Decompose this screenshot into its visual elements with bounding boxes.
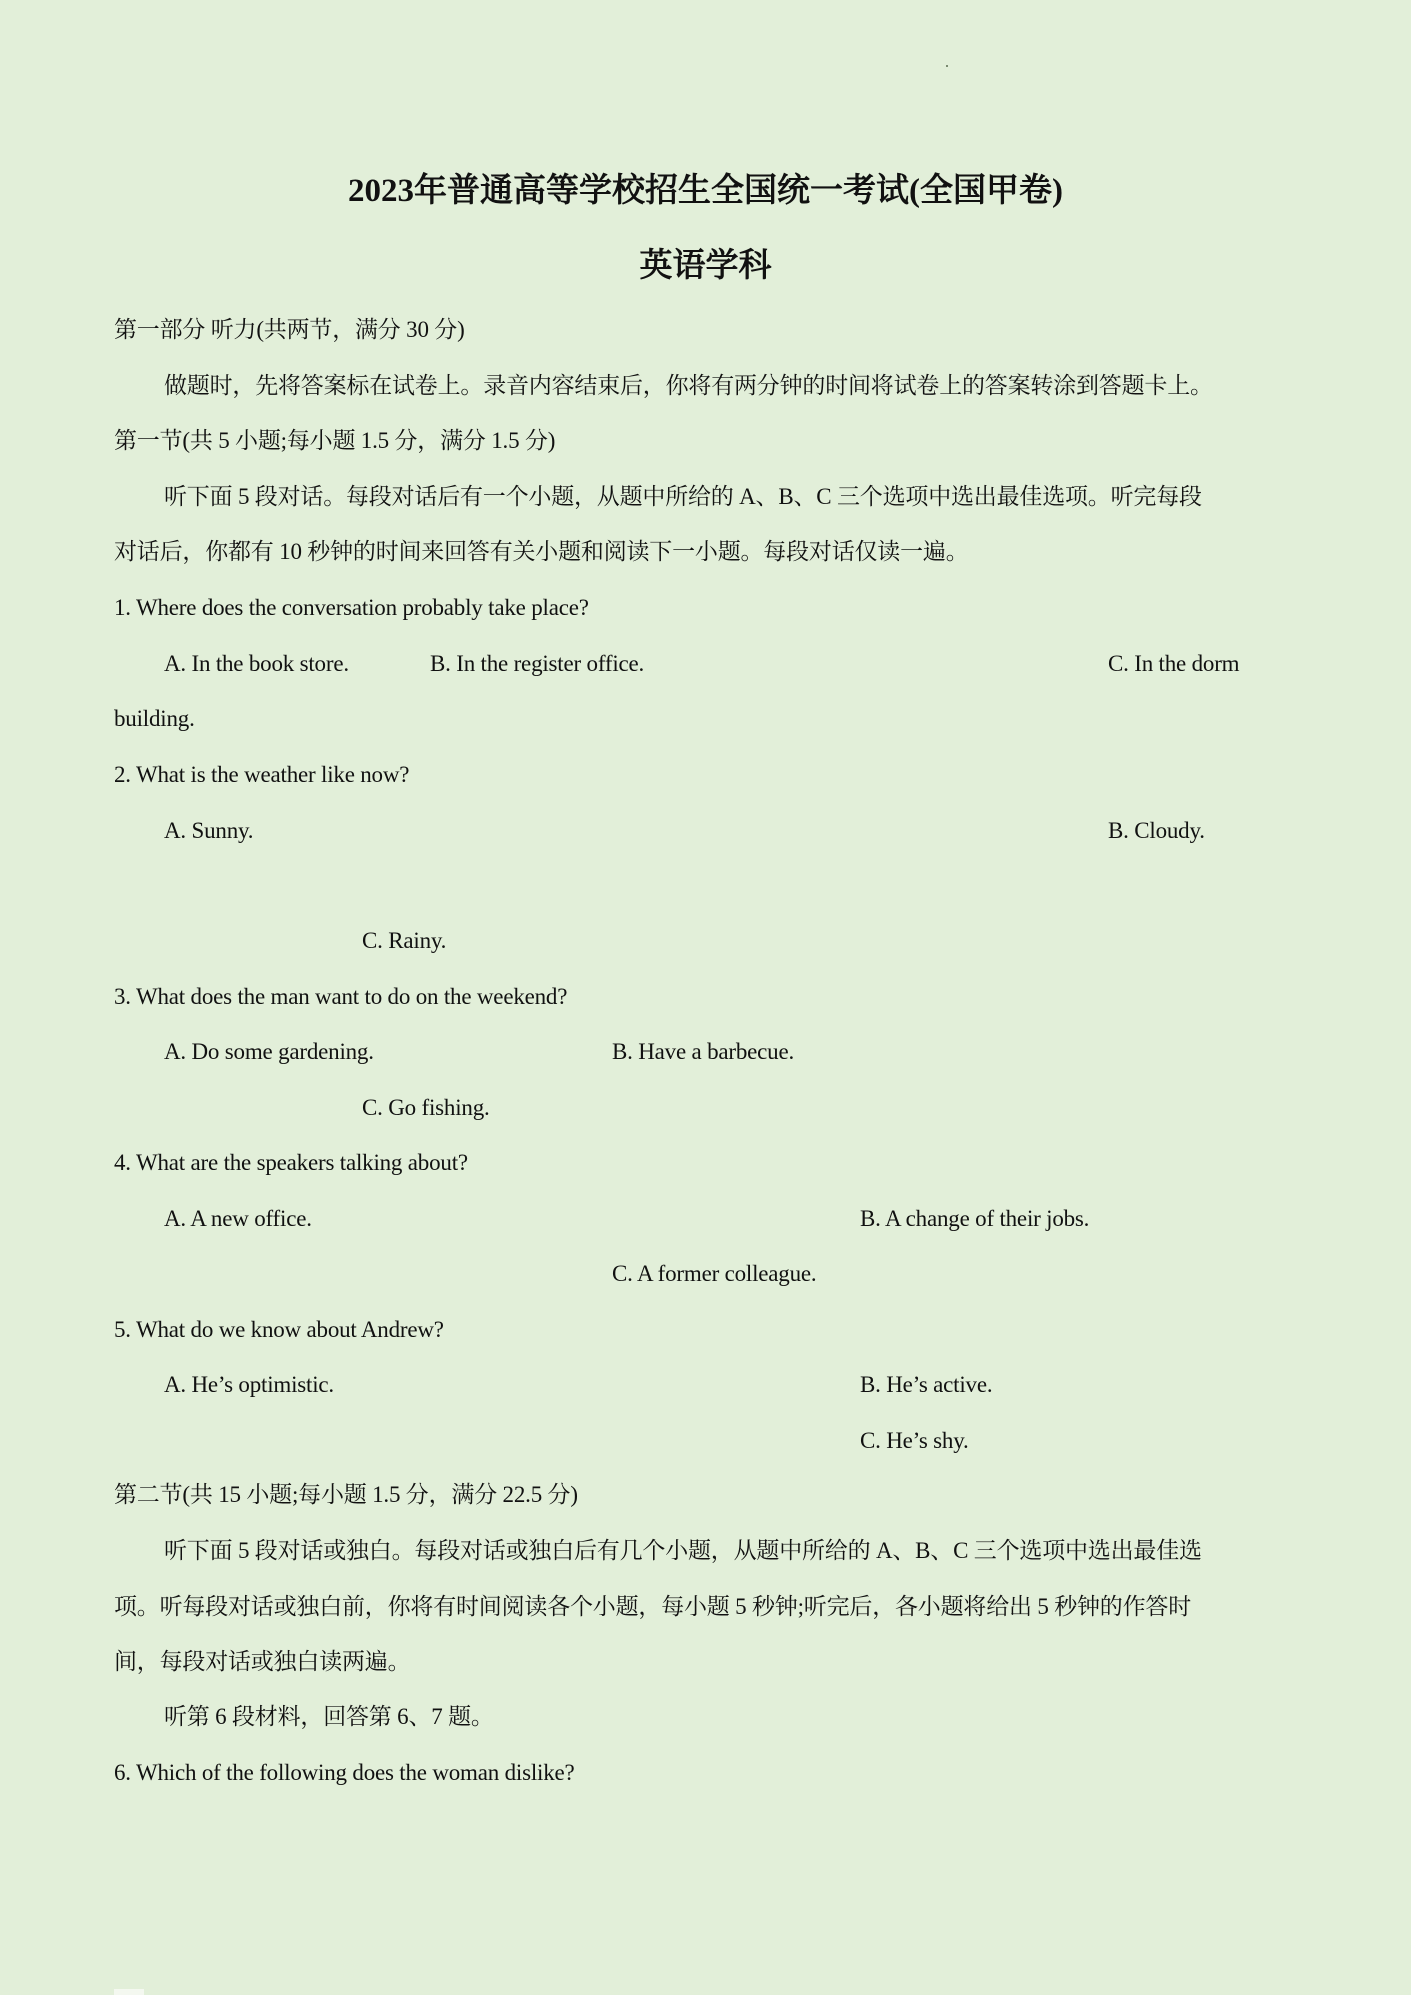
section1-instruction-line2: 对话后，你都有 10 秒钟的时间来回答有关小题和阅读下一小题。每段对话仅读一遍。 xyxy=(114,538,969,566)
footer-mark xyxy=(114,1989,144,1995)
question-6-stem: 6. Which of the following does the woman… xyxy=(114,1759,575,1787)
question-1-option-c-wrap: building. xyxy=(114,705,195,733)
question-2-option-b: B. Cloudy. xyxy=(1108,817,1205,845)
question-4-option-b: B. A change of their jobs. xyxy=(860,1205,1089,1233)
question-5-stem: 5. What do we know about Andrew? xyxy=(114,1316,444,1344)
section2-heading: 第二节(共 15 小题;每小题 1.5 分，满分 22.5 分) xyxy=(114,1481,578,1509)
question-5-option-a: A. He’s optimistic. xyxy=(164,1371,334,1399)
question-3-stem: 3. What does the man want to do on the w… xyxy=(114,983,567,1011)
exam-page: 2023年普通高等学校招生全国统一考试(全国甲卷) 英语学科 第一部分 听力(共… xyxy=(0,0,1411,1995)
stray-dot xyxy=(946,65,948,67)
question-3-option-c: C. Go fishing. xyxy=(362,1094,490,1122)
exam-title: 2023年普通高等学校招生全国统一考试(全国甲卷) xyxy=(0,171,1411,211)
question-1-option-b: B. In the register office. xyxy=(430,650,644,678)
section2-instruction-line1: 听下面 5 段对话或独白。每段对话或独白后有几个小题，从题中所给的 A、B、C … xyxy=(164,1537,1202,1565)
material-note: 听第 6 段材料，回答第 6、7 题。 xyxy=(164,1703,494,1731)
question-2-option-a: A. Sunny. xyxy=(164,817,253,845)
question-1-stem: 1. Where does the conversation probably … xyxy=(114,594,589,622)
question-1-option-a: A. In the book store. xyxy=(164,650,349,678)
section2-instruction-line2: 项。听每段对话或独白前，你将有时间阅读各个小题，每小题 5 秒钟;听完后，各小题… xyxy=(114,1593,1191,1621)
question-4-stem: 4. What are the speakers talking about? xyxy=(114,1149,468,1177)
exam-subject: 英语学科 xyxy=(0,246,1411,286)
question-3-option-b: B. Have a barbecue. xyxy=(612,1038,794,1066)
question-5-option-c: C. He’s shy. xyxy=(860,1427,969,1455)
question-1-option-c: C. In the dorm xyxy=(1108,650,1239,678)
part1-instruction: 做题时，先将答案标在试卷上。录音内容结束后，你将有两分钟的时间将试卷上的答案转涂… xyxy=(164,372,1213,400)
section1-heading: 第一节(共 5 小题;每小题 1.5 分，满分 1.5 分) xyxy=(114,427,555,455)
question-3-option-a: A. Do some gardening. xyxy=(164,1038,374,1066)
question-2-option-c: C. Rainy. xyxy=(362,927,446,955)
question-4-option-a: A. A new office. xyxy=(164,1205,312,1233)
section2-instruction-line3: 间，每段对话或独白读两遍。 xyxy=(114,1648,410,1676)
section1-instruction-line1: 听下面 5 段对话。每段对话后有一个小题，从题中所给的 A、B、C 三个选项中选… xyxy=(164,483,1202,511)
part1-heading: 第一部分 听力(共两节，满分 30 分) xyxy=(114,316,465,344)
question-2-stem: 2. What is the weather like now? xyxy=(114,761,409,789)
question-5-option-b: B. He’s active. xyxy=(860,1371,992,1399)
question-4-option-c: C. A former colleague. xyxy=(612,1260,816,1288)
